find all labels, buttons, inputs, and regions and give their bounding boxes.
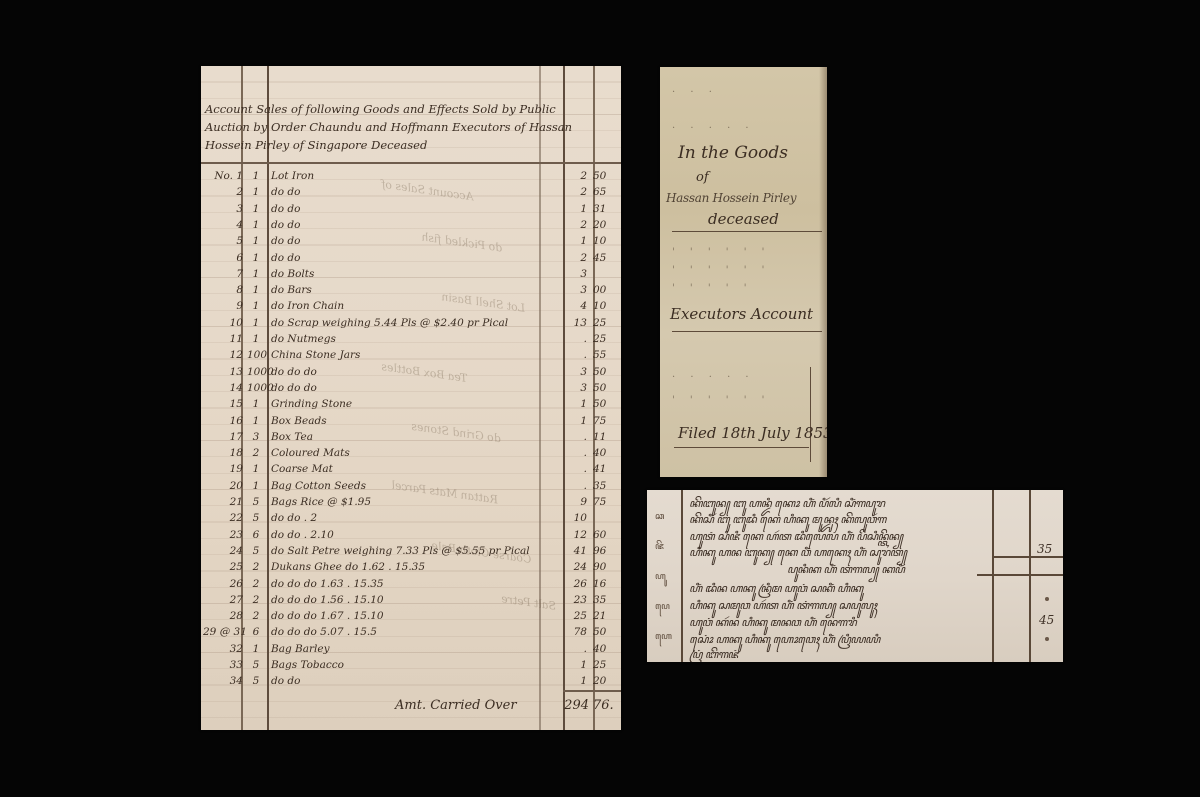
amount-dollars: 2 (557, 219, 587, 231)
ledger-row: 151Grinding Stone150 (201, 398, 621, 413)
amount-cents: 00 (593, 284, 617, 296)
lot-number: 33 (203, 659, 243, 671)
amount-cents: 55 (593, 349, 617, 361)
amount-dollars: . (557, 643, 587, 655)
amount-cents: 35 (593, 480, 617, 492)
amount-dollars: 1 (557, 235, 587, 247)
amount-dollars: 3 (557, 366, 587, 378)
quantity: 2 (247, 578, 265, 590)
ledger-row: 61do do245 (201, 252, 621, 267)
ledger-row: 182Coloured Mats.40 (201, 447, 621, 462)
amount-cents: 90 (593, 561, 617, 573)
lot-number: 11 (203, 333, 243, 345)
amount-dollars: 78 (557, 626, 587, 638)
quantity: 1 (247, 186, 265, 198)
carried-over-label: Amt. Carried Over (395, 698, 517, 713)
lot-number: 14 (203, 382, 243, 394)
quantity: 1 (247, 170, 265, 182)
receipt-slip: ꦕꦗꦼꦲꦸꦥꦺꦲꦺ ꦏꦼꦧꦸꦤ꧀ ꦧꦸ ꦲꦤ꧀ꦢꦶ ꦏꦺꦴ ꦲꦶꦁ ꦥꦶꦂꦭꦶ … (647, 490, 1063, 662)
ledger-row: 21do do265 (201, 186, 621, 201)
amount-cents: 35 (593, 594, 617, 606)
amount-dollars: 2 (557, 170, 587, 182)
amount-cents: 41 (593, 463, 617, 475)
docket-line-deceased: deceased (708, 210, 779, 228)
amount-dollars: 1 (557, 415, 587, 427)
quantity: 5 (247, 675, 265, 687)
quantity: 1 (247, 219, 265, 231)
ledger-row: 225do do . 210 (201, 512, 621, 527)
slip-amount-bottom: 45 (1039, 613, 1054, 627)
slip-margin-mark: ꦗꦼ (655, 540, 664, 558)
lot-number: 21 (203, 496, 243, 508)
amount-dollars: 4 (557, 300, 587, 312)
amount-cents: 11 (593, 431, 617, 443)
quantity: 1 (247, 203, 265, 215)
amount-dollars: 23 (557, 594, 587, 606)
amount-cents: 21 (593, 610, 617, 622)
ledger-row: 71do Bolts3 (201, 268, 621, 283)
quantity: 1 (247, 284, 265, 296)
docket-filed-date: Filed 18th July 1853. (678, 424, 827, 442)
ledger-row: 161Box Beads175 (201, 415, 621, 430)
amount-dollars: . (557, 431, 587, 443)
amount-cents: 50 (593, 170, 617, 182)
slip-margin-mark: ꦕ (655, 510, 664, 528)
amount-dollars: 10 (557, 512, 587, 524)
amount-dollars: . (557, 447, 587, 459)
ledger-row: 215Bags Rice @ $1.95975 (201, 496, 621, 511)
amount-cents: 60 (593, 529, 617, 541)
amount-dollars: 1 (557, 398, 587, 410)
ledger-row: 29 @ 316do do do 5.07 . 15.57850 (201, 626, 621, 641)
ledger-row: 111do Nutmegs.25 (201, 333, 621, 348)
ledger-row: 141000do do do350 (201, 382, 621, 397)
quantity: 6 (247, 626, 265, 638)
ledger-row: 101do Scrap weighing 5.44 Pls @ $2.40 pr… (201, 317, 621, 332)
amount-dollars: 26 (557, 578, 587, 590)
amount-cents: 10 (593, 235, 617, 247)
amount-cents: 40 (593, 643, 617, 655)
amount-cents: 45 (593, 252, 617, 264)
slip-margin-rule (681, 490, 683, 662)
lot-number: 13 (203, 366, 243, 378)
lot-number: 27 (203, 594, 243, 606)
lot-number: 7 (203, 268, 243, 280)
amount-cents: 25 (593, 317, 617, 329)
amount-cents: 50 (593, 626, 617, 638)
lot-number: 8 (203, 284, 243, 296)
amount-cents: 96 (593, 545, 617, 557)
docket-shadow-edge (819, 67, 827, 477)
amount-dollars: 1 (557, 203, 587, 215)
amount-cents: 20 (593, 219, 617, 231)
ledger-row: 31do do131 (201, 203, 621, 218)
lot-number: 23 (203, 529, 243, 541)
quantity: 1 (247, 643, 265, 655)
ledger-row: 131000do do do350 (201, 366, 621, 381)
slip-text-line: ꦥꦿꦁ ꦧꦼꦒꦗꦁ (689, 647, 738, 662)
docket-cover: · · · · · · · · In the Goods of Hassan H… (660, 67, 827, 477)
ledger-row: 201Bag Cotton Seeds.35 (201, 480, 621, 495)
amount-dollars: 3 (557, 382, 587, 394)
amount-cents: 20 (593, 675, 617, 687)
total-dollars: 294 (553, 698, 589, 713)
quantity: 1 (247, 235, 265, 247)
slip-dot (1045, 637, 1049, 641)
amount-dollars: . (557, 463, 587, 475)
lot-number: 5 (203, 235, 243, 247)
slip-margin-mark: ꦥꦺ (655, 600, 670, 618)
lot-number: 34 (203, 675, 243, 687)
ledger-row: 81do Bars300 (201, 284, 621, 299)
ledger-row: 321Bag Barley.40 (201, 643, 621, 658)
amount-dollars: 24 (557, 561, 587, 573)
amount-dollars: 3 (557, 284, 587, 296)
ledger-row: 91do Iron Chain410 (201, 300, 621, 315)
title-line-2: Auction by Order Chaundu and Hoffmann Ex… (205, 118, 615, 136)
amount-cents: 75 (593, 415, 617, 427)
slip-dot (1045, 597, 1049, 601)
slip-row-rule-2 (977, 574, 1063, 576)
amount-cents: 65 (593, 186, 617, 198)
slip-row-rule-1 (992, 556, 1063, 558)
lot-number: 24 (203, 545, 243, 557)
slip-margin-mark: ꦲꦺ (655, 630, 672, 648)
lot-number: 18 (203, 447, 243, 459)
lot-number: 32 (203, 643, 243, 655)
amount-cents: 16 (593, 578, 617, 590)
quantity: 5 (247, 496, 265, 508)
quantity: 1 (247, 333, 265, 345)
lot-number: 22 (203, 512, 243, 524)
amount-dollars: 2 (557, 252, 587, 264)
amount-cents: 25 (593, 333, 617, 345)
quantity: 2 (247, 447, 265, 459)
amount-dollars: . (557, 480, 587, 492)
quantity: 2 (247, 594, 265, 606)
quantity: 1000 (247, 382, 265, 394)
quantity: 5 (247, 659, 265, 671)
quantity: 2 (247, 610, 265, 622)
amount-dollars: 13 (557, 317, 587, 329)
lot-number: 19 (203, 463, 243, 475)
quantity: 2 (247, 561, 265, 573)
lot-number: 10 (203, 317, 243, 329)
header-divider (201, 162, 621, 164)
ledger-row: 345do do120 (201, 675, 621, 690)
title-line-1: Account Sales of following Goods and Eff… (205, 100, 615, 118)
quantity: 1 (247, 398, 265, 410)
quantity: 5 (247, 545, 265, 557)
docket-vertical-rule (810, 367, 811, 462)
amount-cents: 75 (593, 496, 617, 508)
quantity: 6 (247, 529, 265, 541)
amount-dollars: 3 (557, 268, 587, 280)
amount-cents: 40 (593, 447, 617, 459)
lot-number: 26 (203, 578, 243, 590)
lot-number: 17 (203, 431, 243, 443)
lot-number: 4 (203, 219, 243, 231)
title-line-3: Hossein Pirley of Singapore Deceased (205, 136, 615, 154)
lot-number: 12 (203, 349, 243, 361)
lot-number: 15 (203, 398, 243, 410)
ledger-title: Account Sales of following Goods and Eff… (205, 100, 615, 154)
amount-dollars: 12 (557, 529, 587, 541)
ledger-row: 272do do do 1.56 . 15.102335 (201, 594, 621, 609)
lot-number: 25 (203, 561, 243, 573)
amount-cents: 10 (593, 300, 617, 312)
amount-cents: 50 (593, 398, 617, 410)
slip-margin-mark: ꦲꦸ (655, 570, 666, 588)
ledger-row: 335Bags Tobacco125 (201, 659, 621, 674)
ledger-row: 191Coarse Mat.41 (201, 463, 621, 478)
amount-cents: 50 (593, 382, 617, 394)
docket-line-goods: In the Goods (678, 143, 788, 163)
quantity: 1 (247, 480, 265, 492)
quantity: 5 (247, 512, 265, 524)
amount-dollars: 2 (557, 186, 587, 198)
ledger-row: No. 11Lot Iron250 (201, 170, 621, 185)
quantity: 1 (247, 415, 265, 427)
lot-number: 29 @ 31 (203, 626, 243, 638)
amount-dollars: . (557, 349, 587, 361)
lot-number: 28 (203, 610, 243, 622)
quantity: 1 (247, 317, 265, 329)
amount-dollars: 1 (557, 675, 587, 687)
ledger-row: 282do do do 1.67 . 15.102521 (201, 610, 621, 625)
docket-rule-3 (674, 447, 809, 448)
ledger-sheet: Account Sales of do Pickled fish Lot She… (201, 66, 621, 730)
quantity: 1 (247, 300, 265, 312)
docket-line-name: Hassan Hossein Pirley (666, 191, 796, 205)
quantity: 1 (247, 252, 265, 264)
lot-number: 16 (203, 415, 243, 427)
quantity: 3 (247, 431, 265, 443)
ledger-row: 51do do110 (201, 235, 621, 250)
slip-column-rule-1 (992, 490, 994, 662)
slip-column-rule-2 (1029, 490, 1031, 662)
amount-cents: 50 (593, 366, 617, 378)
amount-dollars: 25 (557, 610, 587, 622)
lot-number: 2 (203, 186, 243, 198)
lot-number: 9 (203, 300, 243, 312)
ledger-row: 262do do do 1.63 . 15.352616 (201, 578, 621, 593)
ledger-row: 245do Salt Petre weighing 7.33 Pls @ $5.… (201, 545, 621, 560)
docket-line-of: of (696, 170, 709, 185)
quantity: 1000 (247, 366, 265, 378)
docket-line-executors-account: Executors Account (670, 305, 813, 323)
quantity: 100 (247, 349, 265, 361)
slip-amount-top: 35 (1037, 542, 1052, 556)
docket-rule-1 (672, 231, 822, 232)
ledger-row: 252Dukans Ghee do 1.62 . 15.352490 (201, 561, 621, 576)
amount-cents: 31 (593, 203, 617, 215)
ledger-row: 12100China Stone Jars.55 (201, 349, 621, 364)
amount-dollars: 1 (557, 659, 587, 671)
docket-rule-2 (672, 331, 822, 332)
amount-dollars: 9 (557, 496, 587, 508)
ledger-row: 173Box Tea.11 (201, 431, 621, 446)
lot-number: No. 1 (203, 170, 243, 182)
total-cents: 76. (593, 698, 614, 713)
quantity: 1 (247, 463, 265, 475)
amount-cents: 25 (593, 659, 617, 671)
amount-dollars: 41 (557, 545, 587, 557)
lot-number: 6 (203, 252, 243, 264)
lot-number: 20 (203, 480, 243, 492)
ledger-row: 236do do . 2.101260 (201, 529, 621, 544)
quantity: 1 (247, 268, 265, 280)
ledger-row: 41do do220 (201, 219, 621, 234)
amount-dollars: . (557, 333, 587, 345)
lot-number: 3 (203, 203, 243, 215)
